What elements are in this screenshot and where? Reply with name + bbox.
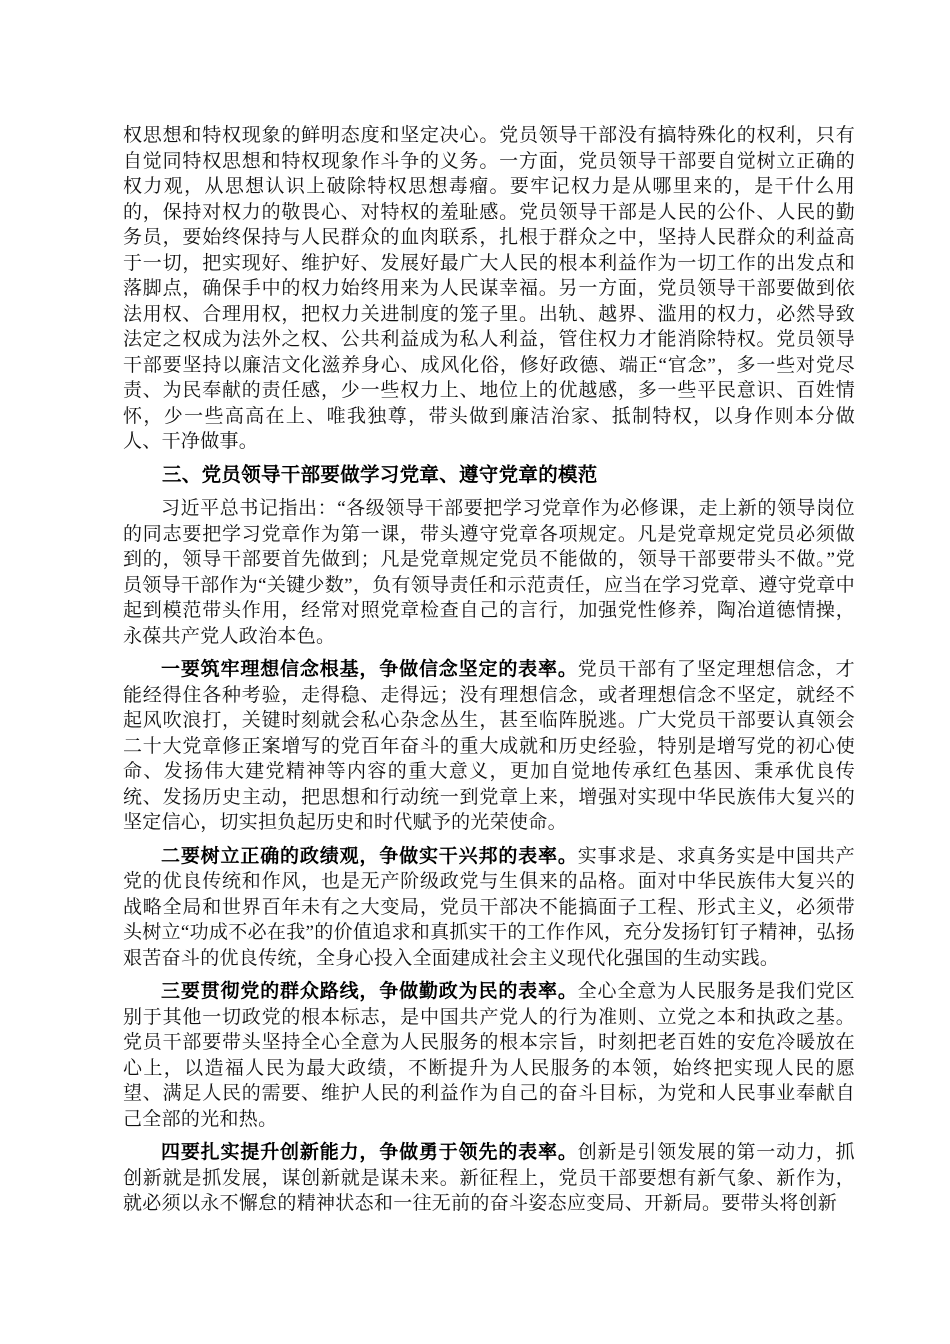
document-page: 权思想和特权现象的鲜明态度和坚定决心。党员领导干部没有搞特殊化的权利，只有自觉同… (0, 0, 950, 1344)
point-3-lead: 三要贯彻党的群众路线，争做勤政为民的表率。 (161, 981, 578, 1002)
paragraph-point-3: 三要贯彻党的群众路线，争做勤政为民的表率。全心全意为人民服务是我们党区别于其他一… (123, 979, 855, 1132)
point-1-lead: 一要筑牢理想信念根基，争做信念坚定的表率。 (161, 659, 578, 680)
paragraph-point-4: 四要扎实提升创新能力，争做勇于领先的表率。创新是引领发展的第一动力，抓创新就是抓… (123, 1140, 855, 1217)
paragraph-point-1: 一要筑牢理想信念根基，争做信念坚定的表率。党员干部有了坚定理想信念，才能经得住各… (123, 657, 855, 836)
paragraph-continuation: 权思想和特权现象的鲜明态度和坚定决心。党员领导干部没有搞特殊化的权利，只有自觉同… (123, 123, 855, 455)
point-4-lead: 四要扎实提升创新能力，争做勇于领先的表率。 (161, 1142, 578, 1163)
point-2-lead: 二要树立正确的政绩观，争做实干兴邦的表率。 (161, 846, 578, 867)
section-heading: 三、党员领导干部要做学习党章、遵守党章的模范 (123, 463, 855, 489)
point-1-body: 党员干部有了坚定理想信念，才能经得住各种考验，走得稳、走得远；没有理想信念，或者… (123, 659, 855, 833)
paragraph-quote: 习近平总书记指出：“各级领导干部要把学习党章作为必修课，走上新的领导岗位的同志要… (123, 496, 855, 649)
point-3-body: 全心全意为人民服务是我们党区别于其他一切政党的根本标志，是中国共产党人的行为准则… (123, 981, 855, 1130)
paragraph-point-2: 二要树立正确的政绩观，争做实干兴邦的表率。实事求是、求真务实是中国共产党的优良传… (123, 844, 855, 972)
